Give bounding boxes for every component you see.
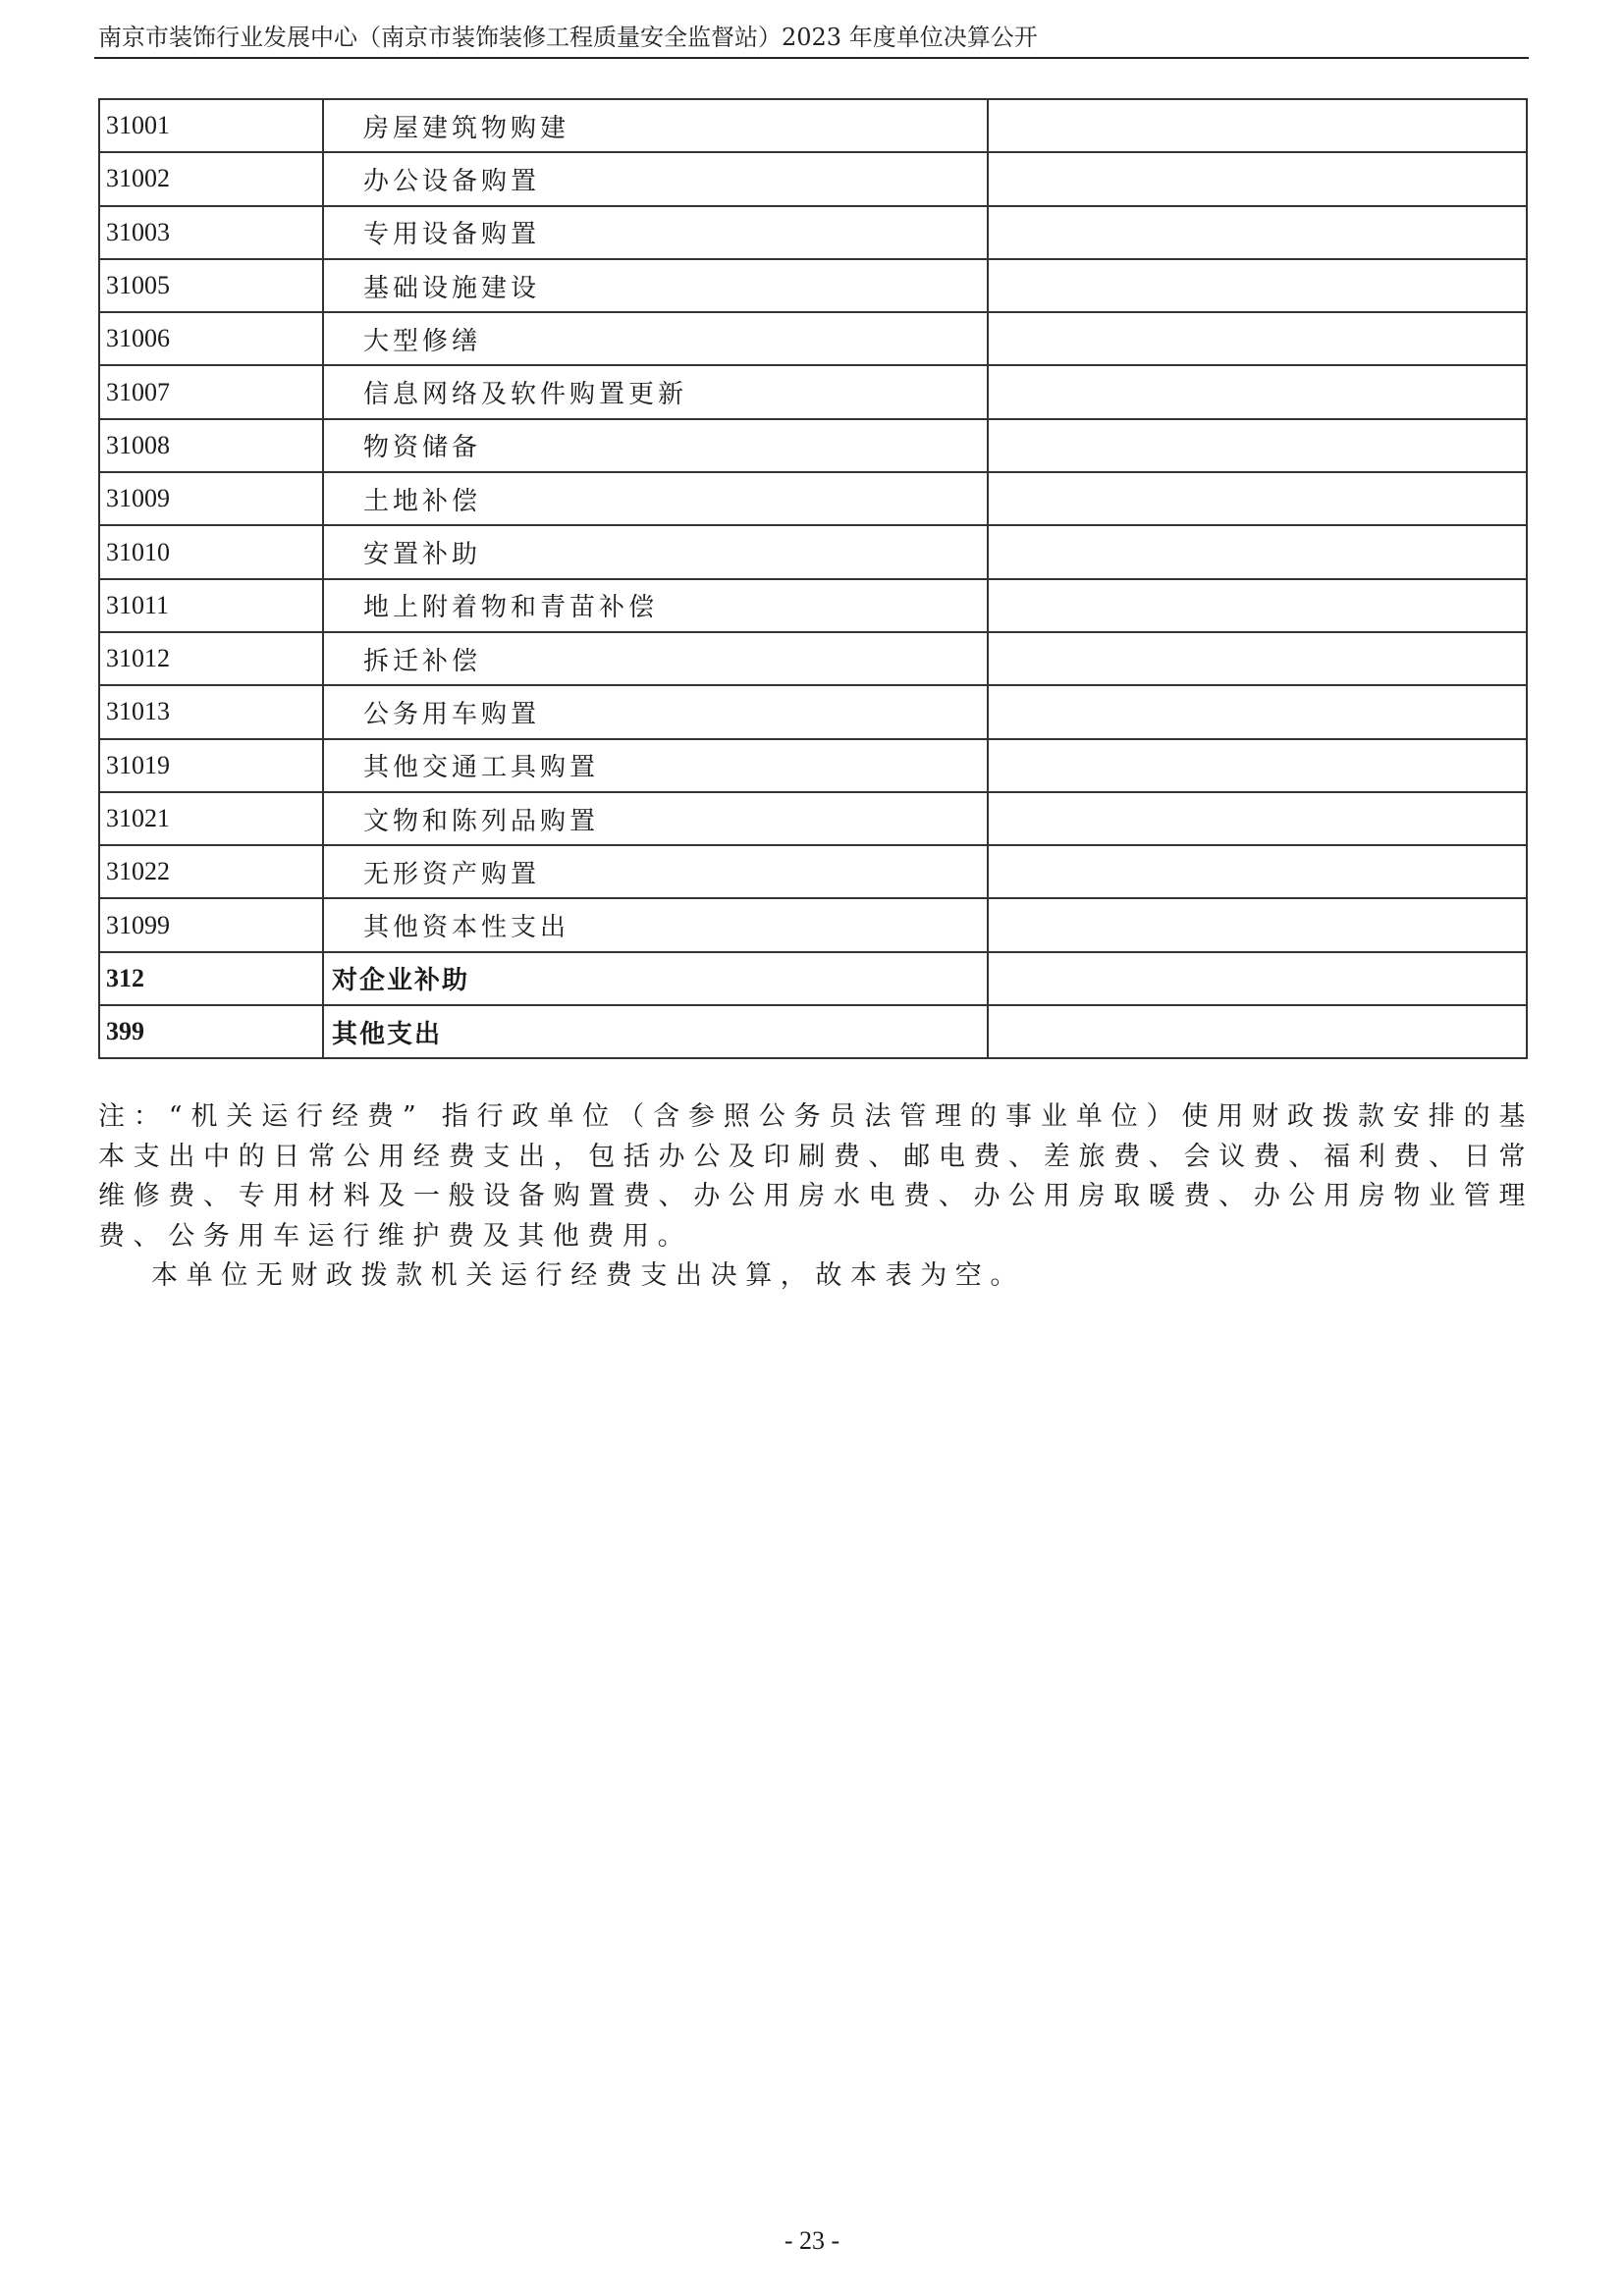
row-code: 31013 [99, 685, 323, 738]
table-row: 31008物资储备 [99, 419, 1527, 472]
row-name: 信息网络及软件购置更新 [323, 365, 988, 418]
row-name: 办公设备购置 [323, 152, 988, 205]
table-row: 31009土地补偿 [99, 472, 1527, 525]
row-name: 公务用车购置 [323, 685, 988, 738]
row-code: 31019 [99, 739, 323, 792]
row-code: 31011 [99, 579, 323, 632]
row-code: 31099 [99, 898, 323, 951]
row-name: 文物和陈列品购置 [323, 792, 988, 845]
table-row: 31002办公设备购置 [99, 152, 1527, 205]
note-definition: 注：“机关运行经费” 指行政单位（含参照公务员法管理的事业单位）使用财政拨款安排… [98, 1097, 1534, 1256]
note-empty-explanation: 本单位无财政拨款机关运行经费支出决算，故本表为空。 [98, 1256, 1534, 1297]
row-name: 其他资本性支出 [323, 898, 988, 951]
row-value [988, 312, 1527, 365]
table-row: 31005基础设施建设 [99, 259, 1527, 312]
row-name: 其他支出 [323, 1005, 988, 1058]
table-row: 31021文物和陈列品购置 [99, 792, 1527, 845]
table-row: 31007信息网络及软件购置更新 [99, 365, 1527, 418]
row-value [988, 632, 1527, 685]
row-value [988, 259, 1527, 312]
row-value [988, 739, 1527, 792]
row-value [988, 952, 1527, 1005]
table-row-category: 399其他支出 [99, 1005, 1527, 1058]
table-row: 31022无形资产购置 [99, 845, 1527, 898]
row-value [988, 419, 1527, 472]
row-name: 基础设施建设 [323, 259, 988, 312]
header-divider [94, 57, 1529, 59]
row-value [988, 99, 1527, 152]
row-name: 拆迁补偿 [323, 632, 988, 685]
row-value [988, 685, 1527, 738]
table-row: 31001房屋建筑物购建 [99, 99, 1527, 152]
row-value [988, 898, 1527, 951]
row-name: 地上附着物和青苗补偿 [323, 579, 988, 632]
row-code: 31021 [99, 792, 323, 845]
table-row: 31003专用设备购置 [99, 206, 1527, 259]
row-value [988, 206, 1527, 259]
row-code: 31008 [99, 419, 323, 472]
row-value [988, 152, 1527, 205]
row-value [988, 365, 1527, 418]
table-note: 注：“机关运行经费” 指行政单位（含参照公务员法管理的事业单位）使用财政拨款安排… [98, 1097, 1534, 1297]
row-code: 31006 [99, 312, 323, 365]
row-name: 安置补助 [323, 525, 988, 578]
row-code: 31007 [99, 365, 323, 418]
row-name: 其他交通工具购置 [323, 739, 988, 792]
table-row: 31012拆迁补偿 [99, 632, 1527, 685]
row-code: 31002 [99, 152, 323, 205]
row-value [988, 525, 1527, 578]
row-name: 对企业补助 [323, 952, 988, 1005]
row-value [988, 845, 1527, 898]
row-code: 312 [99, 952, 323, 1005]
table-row: 31099其他资本性支出 [99, 898, 1527, 951]
row-name: 土地补偿 [323, 472, 988, 525]
row-code: 31010 [99, 525, 323, 578]
table-row: 31011地上附着物和青苗补偿 [99, 579, 1527, 632]
expenditure-table: 31001房屋建筑物购建 31002办公设备购置 31003专用设备购置 310… [98, 98, 1528, 1059]
page-number: - 23 - [0, 2226, 1624, 2256]
row-value [988, 792, 1527, 845]
row-code: 31009 [99, 472, 323, 525]
row-name: 房屋建筑物购建 [323, 99, 988, 152]
table-row-category: 312对企业补助 [99, 952, 1527, 1005]
table-row: 31019其他交通工具购置 [99, 739, 1527, 792]
row-value [988, 579, 1527, 632]
row-code: 31003 [99, 206, 323, 259]
row-value [988, 1005, 1527, 1058]
row-value [988, 472, 1527, 525]
row-name: 专用设备购置 [323, 206, 988, 259]
row-code: 31022 [99, 845, 323, 898]
row-code: 31005 [99, 259, 323, 312]
table-row: 31006大型修缮 [99, 312, 1527, 365]
table-body: 31001房屋建筑物购建 31002办公设备购置 31003专用设备购置 310… [99, 99, 1527, 1058]
row-name: 物资储备 [323, 419, 988, 472]
table-row: 31013公务用车购置 [99, 685, 1527, 738]
row-code: 31001 [99, 99, 323, 152]
row-name: 大型修缮 [323, 312, 988, 365]
row-name: 无形资产购置 [323, 845, 988, 898]
row-code: 399 [99, 1005, 323, 1058]
row-code: 31012 [99, 632, 323, 685]
table-row: 31010安置补助 [99, 525, 1527, 578]
page-header-title: 南京市装饰行业发展中心（南京市装饰装修工程质量安全监督站）2023 年度单位决算… [98, 22, 1038, 53]
